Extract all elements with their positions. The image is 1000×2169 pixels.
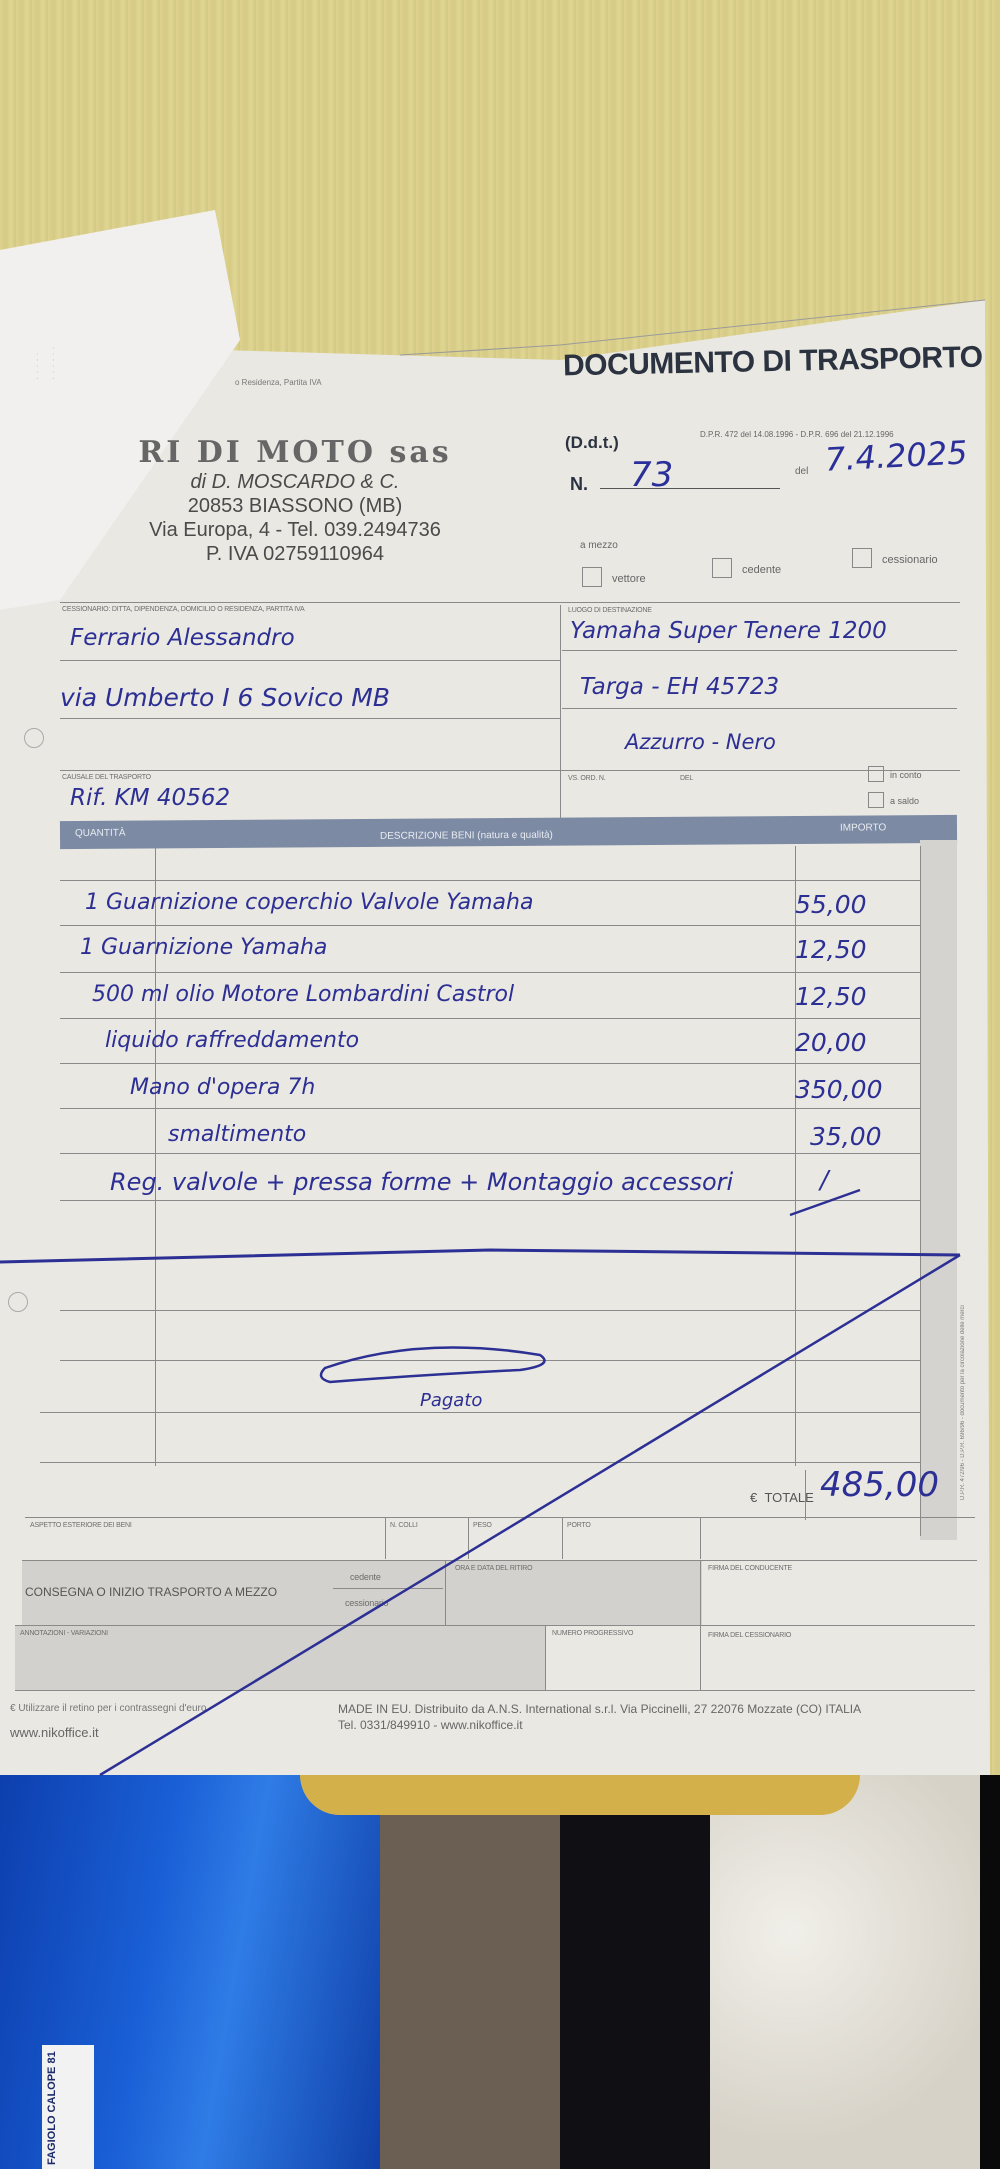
issuer-name: RI DI MOTO sas: [80, 435, 510, 470]
column-divider: [920, 846, 921, 1536]
issuer-owner: di D. MOSCARDO & C.: [80, 470, 510, 494]
divider: [60, 602, 960, 603]
firma-cessionario-label: FIRMA DEL CESSIONARIO: [708, 1632, 791, 1639]
table-rule: [40, 1412, 920, 1413]
punch-hole: [24, 728, 44, 748]
checkbox-cedente[interactable]: [712, 558, 732, 578]
issuer-stamp: RI DI MOTO sas di D. MOSCARDO & C. 20853…: [80, 435, 510, 566]
porto-label: PORTO: [567, 1522, 591, 1529]
package-label: FAGIOLO CALOPE 81: [42, 2045, 94, 2169]
dark-edge: [980, 1775, 1000, 2169]
number-label: N.: [570, 474, 588, 495]
printer-contact: Tel. 0331/849910 - www.nikoffice.it: [338, 1718, 523, 1732]
header-amount: IMPORTO: [840, 822, 886, 833]
document-number: 73: [630, 455, 673, 495]
desk-edge: [300, 1775, 860, 1815]
issuer-vat: P. IVA 02759110964: [80, 542, 510, 566]
table-rule: [60, 972, 920, 973]
table-rule: [60, 1310, 920, 1311]
row-4-description: liquido raffreddamento: [105, 1028, 359, 1053]
data-ritiro-label: ORA E DATA DEL RITIRO: [455, 1565, 532, 1572]
footer-divider: [562, 1517, 563, 1559]
euro-note: € Utilizzare il retino per i contrassegn…: [10, 1703, 206, 1714]
table-right-margin: [920, 840, 957, 1540]
table-rule: [60, 925, 920, 926]
firma-conducente-label: FIRMA DEL CONDUCENTE: [708, 1565, 792, 1572]
checkbox-in-conto[interactable]: [868, 766, 884, 782]
row-5-amount: 350,00: [795, 1075, 882, 1104]
total-value: 485,00: [820, 1465, 939, 1505]
table-rule: [60, 1108, 920, 1109]
checkbox-vettore[interactable]: [582, 567, 602, 587]
number-underline: [600, 488, 780, 489]
table-rule: [60, 880, 920, 881]
recipient-label: CESSIONARIO: Ditta, Dipendenza, Domicili…: [62, 606, 304, 613]
peso-label: PESO: [473, 1522, 492, 1529]
transport-reason-value: Rif. KM 40562: [70, 785, 230, 811]
row-3-description: 500 ml olio Motore Lombardini Castrol: [92, 982, 514, 1007]
rule-line: [60, 660, 560, 661]
recipient-address: via Umberto I 6 Sovico MB: [60, 683, 390, 712]
row-6-description: smaltimento: [168, 1122, 306, 1147]
annotazioni-label: ANNOTAZIONI - VARIAZIONI: [20, 1630, 108, 1637]
row-7-description: Reg. valvole + pressa forme + Montaggio …: [110, 1168, 733, 1196]
column-divider: [560, 605, 561, 820]
blue-package: FAGIOLO CALOPE 81: [0, 1775, 380, 2169]
consegna-label: CONSEGNA O INIZIO TRASPORTO A MEZZO: [25, 1585, 277, 1599]
in-conto-label: in conto: [890, 770, 922, 780]
row-1-description: 1 Guarnizione coperchio Valvole Yamaha: [85, 890, 533, 915]
punch-hole: [8, 1292, 28, 1312]
printer-made-in: MADE IN EU. Distribuito da A.N.S. Intern…: [338, 1702, 861, 1716]
footer-rule: [15, 1625, 975, 1626]
aspetto-label: ASPETTO ESTERIORE DEI BENI: [30, 1522, 132, 1529]
footer-rule: [22, 1560, 977, 1561]
legal-side-note: D.P.R. 472/96 - D.P.R. 696/96 - document…: [960, 860, 974, 1500]
colli-label: N. COLLI: [390, 1522, 418, 1529]
destination-line3: Azzurro - Nero: [625, 730, 776, 754]
table-rule: [60, 1360, 920, 1361]
footer-rule: [25, 1517, 975, 1518]
checkbox-cessionario-label: cessionario: [882, 554, 938, 566]
rule-line: [562, 650, 957, 651]
order-number-label: VS. ORD. N.: [568, 775, 605, 782]
date-label: del: [795, 466, 808, 477]
transport-by-label: a mezzo: [580, 540, 618, 551]
a-saldo-label: a saldo: [890, 796, 919, 806]
row-2-description: 1 Guarnizione Yamaha: [80, 935, 327, 960]
total-label-text: TOTALE: [764, 1490, 813, 1505]
table-rule: [60, 1200, 920, 1201]
consegna-cedente: cedente: [350, 1572, 381, 1582]
destination-label: LUOGO DI DESTINAZIONE: [568, 607, 652, 614]
checkbox-cedente-label: cedente: [742, 564, 781, 576]
divider: [60, 770, 960, 771]
background-scene: FAGIOLO CALOPE 81: [0, 1775, 1000, 2169]
footer-divider: [700, 1517, 701, 1559]
document-date: 7.4.2025: [824, 433, 968, 478]
footer-rule: [15, 1690, 975, 1691]
issuer-header-label: o Residenza, Partita IVA: [235, 378, 322, 387]
table-rule: [60, 1153, 920, 1154]
document-subtitle: (D.d.t.): [565, 433, 619, 453]
table-rule: [40, 1462, 920, 1463]
footer-divider: [545, 1625, 546, 1690]
footer-divider: [445, 1560, 446, 1625]
printer-website: www.nikoffice.it: [10, 1725, 99, 1740]
total-divider: [805, 1470, 806, 1520]
rule-line: [562, 708, 957, 709]
header-quantity: QUANTITÀ: [75, 828, 126, 839]
currency-symbol: €: [750, 1490, 757, 1505]
order-date-label: DEL: [680, 775, 693, 782]
row-1-amount: 55,00: [795, 890, 867, 919]
row-5-description: Mano d'opera 7h: [130, 1075, 315, 1100]
table-rule: [60, 1018, 920, 1019]
checkbox-cessionario[interactable]: [852, 548, 872, 568]
rule-line: [60, 718, 560, 719]
consegna-cessionario: cessionario: [345, 1598, 388, 1608]
footer-divider: [385, 1517, 386, 1559]
recipient-name: Ferrario Alessandro: [70, 625, 295, 651]
issuer-city: 20853 BIASSONO (MB): [80, 494, 510, 518]
dark-object: [560, 1775, 710, 2169]
destination-line2: Targa - EH 45723: [580, 674, 779, 700]
header-description: DESCRIZIONE BENI (natura e qualità): [380, 830, 553, 842]
transport-reason-label: CAUSALE DEL TRASPORTO: [62, 774, 151, 781]
row-6-amount: 35,00: [810, 1122, 882, 1151]
row-7-amount: /: [820, 1165, 828, 1194]
checkbox-a-saldo[interactable]: [868, 792, 884, 808]
checkbox-vettore-label: vettore: [612, 573, 646, 585]
issuer-address: Via Europa, 4 - Tel. 039.2494736: [80, 518, 510, 542]
footer-rule: [333, 1588, 443, 1589]
cardboard: [380, 1775, 560, 2169]
faded-text: · · · · ·· · · · · ·: [30, 346, 62, 380]
row-4-amount: 20,00: [795, 1028, 867, 1057]
numero-progressivo-label: NUMERO PROGRESSIVO: [552, 1630, 633, 1637]
footer-divider: [468, 1517, 469, 1559]
table-rule: [60, 1063, 920, 1064]
paid-annotation: Pagato: [420, 1390, 482, 1411]
row-2-amount: 12,50: [795, 935, 867, 964]
destination-line1: Yamaha Super Tenere 1200: [570, 618, 887, 644]
row-3-amount: 12,50: [795, 982, 867, 1011]
white-fabric: [710, 1775, 980, 2169]
